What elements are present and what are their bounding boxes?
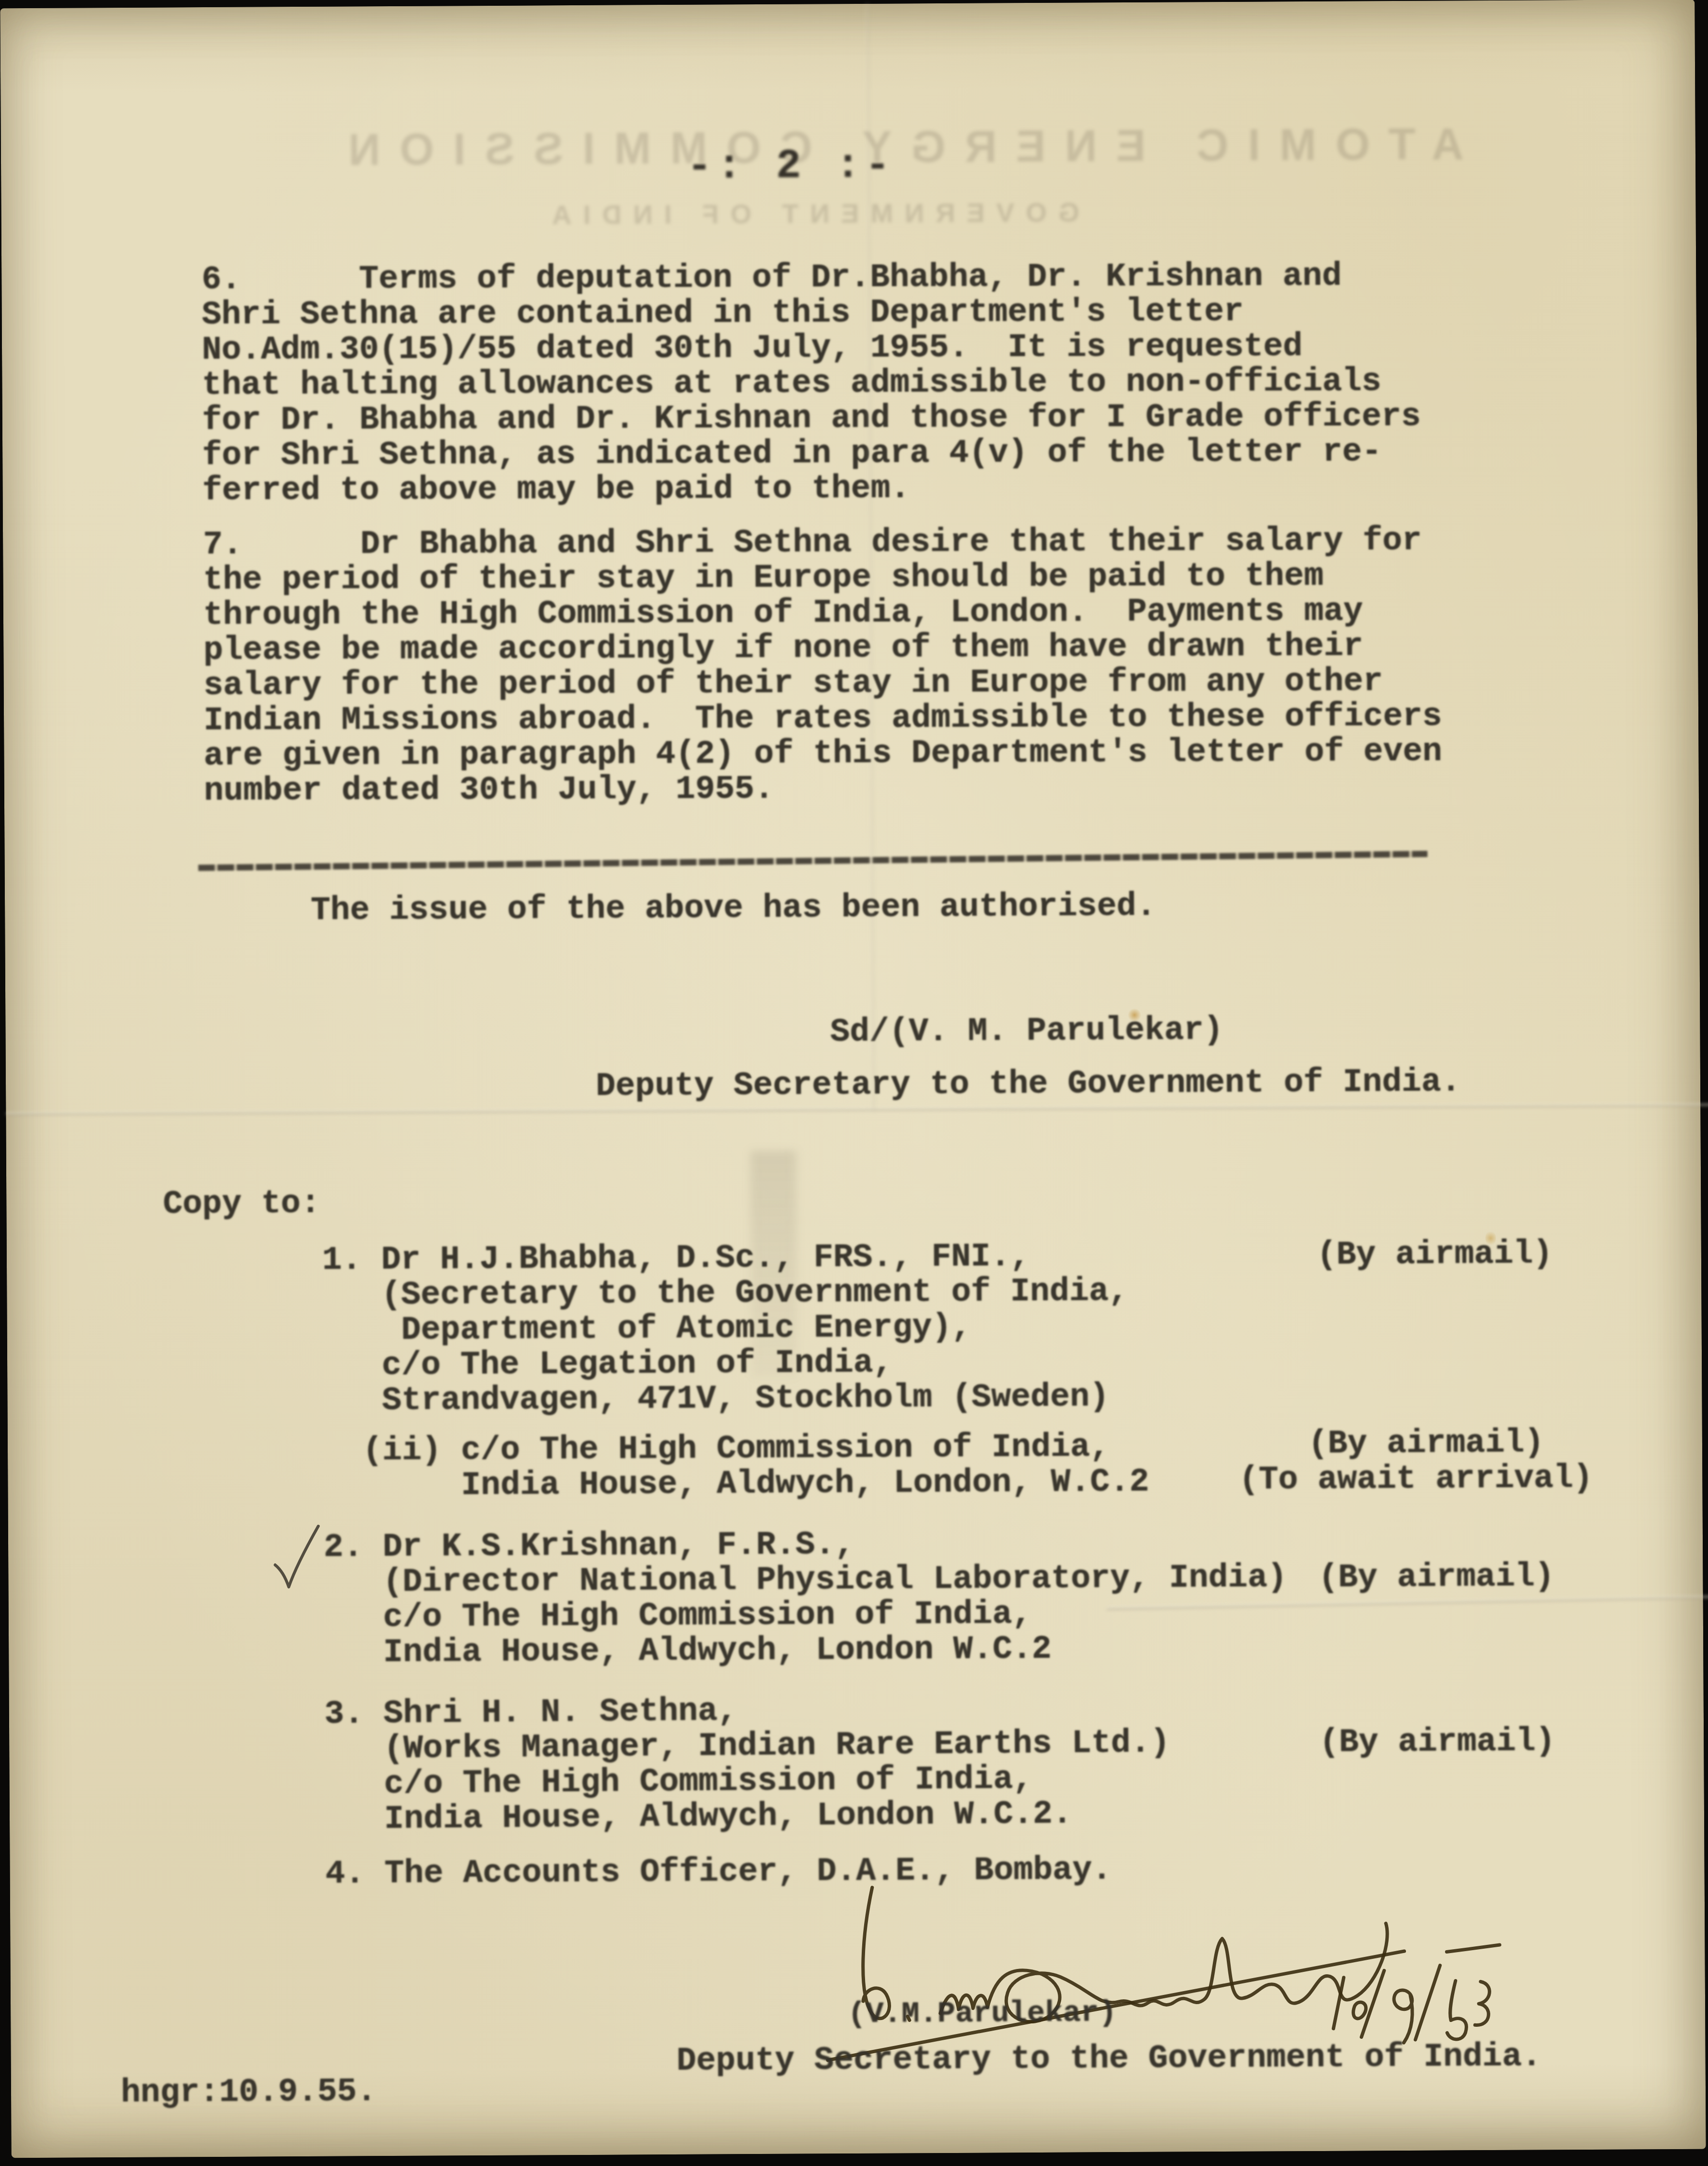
page-number: -: 2 :- [666, 148, 916, 185]
bleed-through-header-line2: GOVERNMENT OF INDIA [338, 195, 1281, 231]
copy-item-1-alt-address: (ii) c/o The High Commission of India, I… [363, 1429, 1149, 1504]
copy-item-1-airmail-note: (By airmail) [1317, 1236, 1553, 1273]
checkmark-icon [272, 1522, 330, 1600]
paragraph-6: 6. Terms of deputation of Dr.Bhabha, Dr.… [202, 258, 1421, 508]
copy-item-1: 1. Dr H.J.Bhabha, D.Sc., FRS., FNI., (Se… [322, 1239, 1129, 1419]
copy-item-3: 3. Shri H. N. Sethna, (Works Manager, In… [324, 1690, 1170, 1837]
footer-signatory-title: Deputy Secretary to the Government of In… [676, 2039, 1541, 2079]
reference-mark: hngr:10.9.55. [121, 2074, 377, 2111]
authorisation-line: The issue of the above has been authoris… [311, 889, 1156, 928]
copy-item-1a-await-note: (To await arrival) [1239, 1461, 1593, 1498]
copy-item-2: 2. Dr K.S.Krishnan, F.R.S., (Director Na… [324, 1525, 1288, 1670]
signatory-title: Deputy Secretary to the Government of In… [596, 1064, 1461, 1104]
copy-item-2-airmail-note: (By airmail) [1318, 1559, 1554, 1596]
typed-divider-rule [198, 851, 1428, 871]
copy-item-1a-airmail-note: (By airmail) [1308, 1425, 1544, 1462]
paper-stain-1 [1128, 1008, 1141, 1022]
copy-item-3-airmail-note: (By airmail) [1319, 1724, 1555, 1760]
copy-to-heading: Copy to: [163, 1186, 320, 1222]
signed-sd-line: Sd/(V. M. Parulekar) [830, 1013, 1223, 1050]
scanned-letter-page: ATOMIC ENERGY COMMISSION GOVERNMENT OF I… [0, 0, 1706, 2158]
fold-crease-horizontal-1 [6, 1104, 1708, 1116]
struck-typed-name: (V.M.Parulekar) [848, 1997, 1117, 2030]
paragraph-7: 7. Dr Bhabha and Shri Sethna desire that… [203, 523, 1443, 809]
